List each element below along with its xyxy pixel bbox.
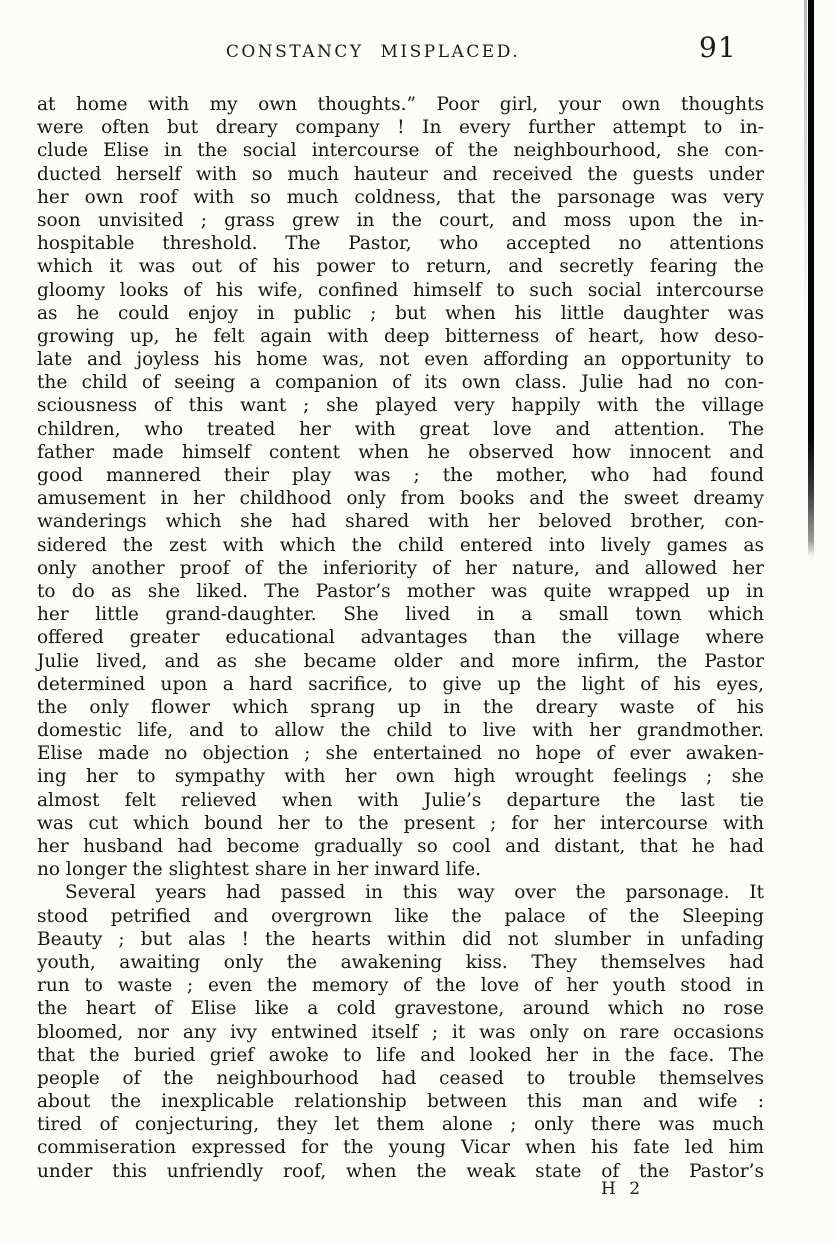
text-line: under this unfriendly roof, when the wea… xyxy=(37,1160,764,1183)
text-line: good mannered their play was ; the mothe… xyxy=(37,464,764,487)
text-line: late and joyless his home was, not even … xyxy=(37,348,764,371)
text-line: at home with my own thoughts.” Poor girl… xyxy=(37,93,764,116)
text-line: her husband had become gradually so cool… xyxy=(37,835,764,858)
running-header: CONSTANCY MISPLACED. xyxy=(0,42,746,62)
text-line: growing up, he felt again with deep bitt… xyxy=(37,325,764,348)
text-line: ducted herself with so much hauteur and … xyxy=(37,163,764,186)
text-line: domestic life, and to allow the child to… xyxy=(37,719,764,742)
book-page: CONSTANCY MISPLACED. 91 at home with my … xyxy=(0,0,837,1242)
text-line: sidered the zest with which the child en… xyxy=(37,534,764,557)
text-line: as he could enjoy in public ; but when h… xyxy=(37,302,764,325)
text-line: Julie lived, and as she became older and… xyxy=(37,650,764,673)
scan-edge-shadow xyxy=(804,0,807,330)
text-line: wanderings which she had shared with her… xyxy=(37,510,764,533)
text-line: determined upon a hard sacrifice, to giv… xyxy=(37,673,764,696)
text-line: commiseration expressed for the young Vi… xyxy=(37,1136,764,1159)
text-line: was cut which bound her to the present ;… xyxy=(37,812,764,835)
text-line: clude Elise in the social intercourse of… xyxy=(37,139,764,162)
text-line: soon unvisited ; grass grew in the court… xyxy=(37,209,764,232)
text-line: Beauty ; but alas ! the hearts within di… xyxy=(37,928,764,951)
scan-artifact-line xyxy=(808,0,814,557)
text-line: stood petrified and overgrown like the p… xyxy=(37,905,764,928)
text-line: children, who treated her with great lov… xyxy=(37,418,764,441)
text-line: the child of seeing a companion of its o… xyxy=(37,371,764,394)
text-line: the only flower which sprang up in the d… xyxy=(37,696,764,719)
text-line: her little grand-daughter. She lived in … xyxy=(37,603,764,626)
page-number: 91 xyxy=(699,31,737,64)
text-line: bloomed, nor any ivy entwined itself ; i… xyxy=(37,1021,764,1044)
text-line: about the inexplicable relationship betw… xyxy=(37,1090,764,1113)
text-line: the heart of Elise like a cold graveston… xyxy=(37,997,764,1020)
text-line: her own roof with so much coldness, that… xyxy=(37,186,764,209)
body-text: at home with my own thoughts.” Poor girl… xyxy=(37,93,764,1183)
text-line: youth, awaiting only the awakening kiss.… xyxy=(37,951,764,974)
text-line: ing her to sympathy with her own high wr… xyxy=(37,765,764,788)
text-line: tired of conjecturing, they let them alo… xyxy=(37,1113,764,1136)
text-line: sciousness of this want ; she played ver… xyxy=(37,394,764,417)
text-line: Elise made no objection ; she entertaine… xyxy=(37,742,764,765)
text-line: amusement in her childhood only from boo… xyxy=(37,487,764,510)
text-line: offered greater educational advantages t… xyxy=(37,626,764,649)
text-line: hospitable threshold. The Pastor, who ac… xyxy=(37,232,764,255)
text-line: Several years had passed in this way ove… xyxy=(37,881,764,904)
text-line: only another proof of the inferiority of… xyxy=(37,557,764,580)
signature-mark: H 2 xyxy=(601,1179,644,1199)
page-title: CONSTANCY MISPLACED. xyxy=(226,42,520,62)
text-line: run to waste ; even the memory of the lo… xyxy=(37,974,764,997)
text-line: which it was out of his power to return,… xyxy=(37,255,764,278)
text-line: people of the neighbourhood had ceased t… xyxy=(37,1067,764,1090)
text-line: no longer the slightest share in her inw… xyxy=(37,858,764,881)
text-line: that the buried grief awoke to life and … xyxy=(37,1044,764,1067)
text-line: gloomy looks of his wife, confined himse… xyxy=(37,279,764,302)
text-line: father made himself content when he obse… xyxy=(37,441,764,464)
text-line: almost felt relieved when with Julie’s d… xyxy=(37,789,764,812)
text-line: were often but dreary company ! In every… xyxy=(37,116,764,139)
text-line: to do as she liked. The Pastor’s mother … xyxy=(37,580,764,603)
